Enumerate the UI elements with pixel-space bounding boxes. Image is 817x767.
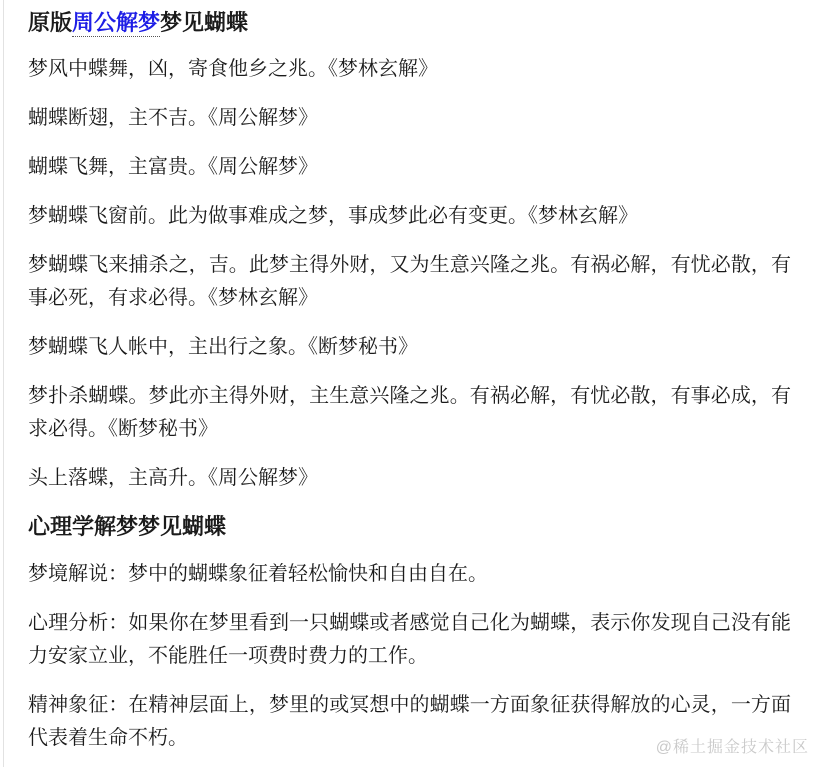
zhougong-jiemeng-link[interactable]: 周公解梦 (72, 10, 160, 37)
dream-entry: 蝴蝶飞舞，主富贵。《周公解梦》 (28, 151, 791, 184)
section-heading-original: 原版周公解梦梦见蝴蝶 (28, 8, 791, 37)
dream-interpretation-page: 原版周公解梦梦见蝴蝶 梦风中蝶舞，凶，寄食他乡之兆。《梦林玄解》 蝴蝶断翅，主不… (0, 0, 817, 767)
dream-entry: 梦扑杀蝴蝶。梦此亦主得外财，主生意兴隆之兆。有祸必解，有忧必散，有事必成，有求必… (28, 380, 791, 446)
section-heading-psychology: 心理学解梦梦见蝴蝶 (28, 512, 791, 541)
article-content: 原版周公解梦梦见蝴蝶 梦风中蝶舞，凶，寄食他乡之兆。《梦林玄解》 蝴蝶断翅，主不… (0, 0, 817, 755)
dream-entry: 梦风中蝶舞，凶，寄食他乡之兆。《梦林玄解》 (28, 53, 791, 86)
juejin-community-watermark: @稀土掘金技术社区 (656, 734, 809, 757)
dream-entry: 蝴蝶断翅，主不吉。《周公解梦》 (28, 102, 791, 135)
dream-entry: 梦蝴蝶飞窗前。此为做事难成之梦，事成梦此必有变更。《梦林玄解》 (28, 200, 791, 233)
psychology-entry: 梦境解说：梦中的蝴蝶象征着轻松愉快和自由自在。 (28, 558, 791, 591)
dream-entry: 梦蝴蝶飞来捕杀之，吉。此梦主得外财，又为生意兴隆之兆。有祸必解，有忧必散，有事必… (28, 249, 791, 315)
psychology-entry: 心理分析：如果你在梦里看到一只蝴蝶或者感觉自己化为蝴蝶，表示你发现自己没有能力安… (28, 607, 791, 673)
dream-entry: 梦蝴蝶飞人帐中，主出行之象。《断梦秘书》 (28, 331, 791, 364)
heading-prefix: 原版 (28, 10, 72, 35)
dream-entry: 头上落蝶，主高升。《周公解梦》 (28, 462, 791, 495)
heading-suffix: 梦见蝴蝶 (160, 10, 248, 35)
